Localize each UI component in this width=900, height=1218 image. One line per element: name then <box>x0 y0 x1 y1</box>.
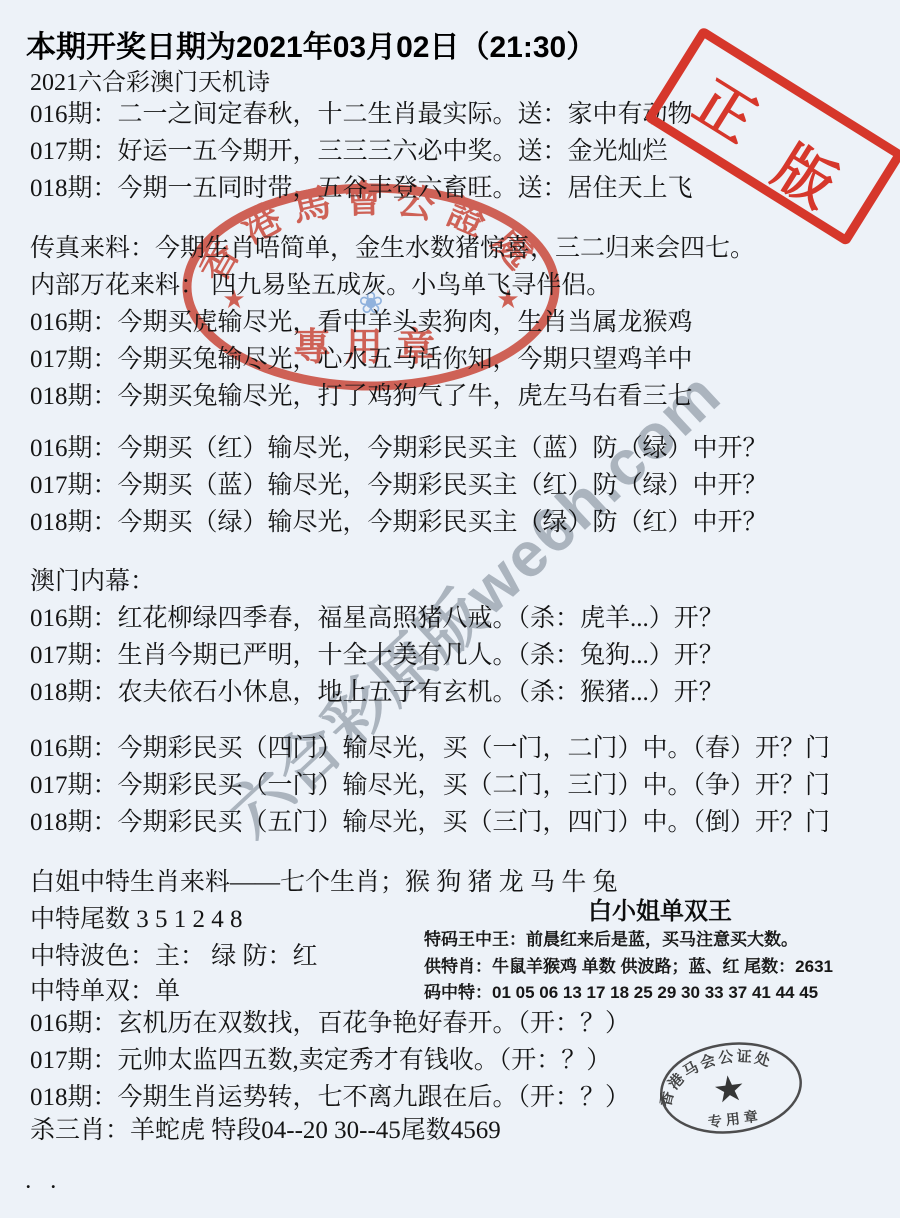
fax-line: 传真来料：今期生肖唔简单，金生水数猪惊喜，三二归来会四七。 <box>30 228 755 264</box>
color-line: 018期：今期买（绿）输尽光，今期彩民买主（绿）防（红）中开？ <box>30 502 768 538</box>
zhengban-stamp: 正版 <box>644 26 900 246</box>
neimu-line: 017期：生肖今期已严明，十全十美有几人。（杀：兔狗...）开？ <box>30 635 724 671</box>
baijie-line: 中特尾数 3 5 1 2 4 8 <box>30 899 243 935</box>
bottom-line: 018期：今期生肖运势转，七不离九跟在后。（开：？） <box>30 1077 630 1113</box>
fax-line: 016期：今期买虎输尽光，看中羊头卖狗肉，生肖当属龙猴鸡 <box>30 302 693 338</box>
color-line: 017期：今期买（蓝）输尽光，今期彩民买主（红）防（绿）中开？ <box>30 465 768 501</box>
neimu-heading: 澳门内幕： <box>30 561 155 597</box>
neimu-line: 016期：红花柳绿四季春，福星高照猪八戒。（杀：虎羊...）开？ <box>30 598 724 634</box>
tianji-line: 018期：今期一五同时带，五谷丰登六畜旺。送：居住天上飞 <box>30 168 693 204</box>
tianji-heading: 2021六合彩澳门天机诗 <box>30 62 270 97</box>
baijie-line: 中特波色：主： 绿 防：红 <box>30 936 318 972</box>
tianji-line: 016期：二一之间定春秋，十二生肖最实际。送：家中有动物 <box>30 94 693 130</box>
danshuang-line: 特码王中王：前晨红来后是蓝，买马注意买大数。 <box>424 925 798 950</box>
danshuang-title: 白小姐单双王 <box>540 891 780 926</box>
fax-line: 内部万花来料： 四九易坠五成灰。小鸟单飞寻伴侣。 <box>30 265 611 301</box>
page-title: 本期开奖日期为2021年03月02日（21:30） <box>26 22 596 66</box>
gate-line: 018期：今期彩民买（五门）输尽光，买（三门，四门）中。（倒）开？门 <box>30 802 830 838</box>
fax-line: 018期：今期买兔输尽光，打了鸡狗气了牛，虎左马右看三七 <box>30 376 693 412</box>
gate-line: 017期：今期彩民买（一门）输尽光，买（二门，三门）中。（争）开？门 <box>30 765 830 801</box>
color-line: 016期：今期买（红）输尽光，今期彩民买主（蓝）防（绿）中开？ <box>30 428 768 464</box>
bottom-line: 017期：元帅太监四五数,卖定秀才有钱收。（开：？） <box>30 1040 611 1076</box>
corner-dots: . . <box>26 1172 64 1193</box>
page: { "page": { "title": "本期开奖日期为2021年03月02日… <box>0 0 900 1218</box>
bottom-line: 016期：玄机历在双数找，百花争艳好春开。（开：？） <box>30 1003 630 1039</box>
baijie-line: 中特单双：单 <box>30 971 180 1007</box>
baijie-line: 白姐中特生肖来料——七个生肖；猴 狗 猪 龙 马 牛 兔 <box>30 862 618 898</box>
danshuang-line: 供特肖：牛鼠羊猴鸡 单数 供波路；蓝、红 尾数：2631 <box>424 952 833 977</box>
danshuang-line: 码中特：01 05 06 13 17 18 25 29 30 33 37 41 … <box>424 978 818 1003</box>
fax-line: 017期：今期买兔输尽光，心水五马话你知，今期只望鸡羊中 <box>30 339 693 375</box>
notary-seal-icon: 香港马会公证处 ★ 专用章 <box>650 1029 811 1147</box>
seal-star-icon: ★ <box>711 1067 748 1111</box>
tianji-line: 017期：好运一五今期开，三三三六必中奖。送：金光灿烂 <box>30 131 668 167</box>
kill-line: 杀三肖：羊蛇虎 特段04--20 30--45尾数4569 <box>30 1110 501 1146</box>
neimu-line: 018期：农夫依石小休息，地上五子有玄机。（杀：猴猪...）开？ <box>30 672 724 708</box>
gate-line: 016期：今期彩民买（四门）输尽光，买（一门，二门）中。（春）开？门 <box>30 728 830 764</box>
